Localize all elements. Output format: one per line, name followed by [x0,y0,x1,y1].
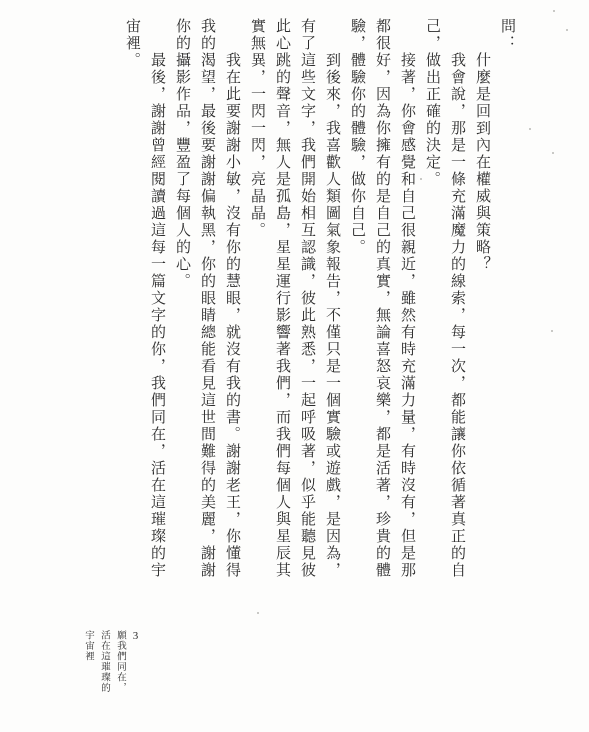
text-column: 到後來，我喜歡人類圖氣象報告，不僅只是一個實驗或遊戲，是因為， [319,18,344,603]
scan-speck [529,128,531,130]
text-column: 什麼是回到內在權威與策略？ [469,18,494,603]
text-column: 我在此要謝謝小敏，沒有你的慧眼，就沒有我的書。謝謝老王，你懂得 [219,18,244,603]
scan-speck [257,612,259,614]
text-column: 都很好，因為你擁有的是自己的真實，無論喜怒哀樂，都是活著，珍貴的體 [369,18,394,603]
text-column: 實無異，一閃一閃，亮晶晶。 [244,18,269,603]
body-text: 問： 什麼是回到內在權威與策略？ 我會說，那是一條充滿魔力的線索，每一次，都能讓… [119,18,519,603]
scan-speck [552,152,554,154]
book-page: 問： 什麼是回到內在權威與策略？ 我會說，那是一條充滿魔力的線索，每一次，都能讓… [0,0,589,732]
text-column: 我會說，那是一條充滿魔力的線索，每一次，都能讓你依循著真正的自 [444,18,469,603]
text-column: 有了這些文字，我們開始相互認識，彼此熟悉，一起呼吸著，似乎能聽見彼 [294,18,319,603]
text-column: 接著，你會感覺和自己很親近，雖然有時充滿力量，有時沒有，但是那 [394,18,419,603]
footer-slogan-column: 活在這璀璨的 [96,630,112,693]
scan-speck [566,29,568,31]
page-number: 3 [128,630,143,642]
text-column: 問： [494,18,519,603]
scan-speck [551,330,553,332]
text-column: 最後，謝謝曾經閱讀過這每一篇文字的你，我們同在，活在這璀璨的宇 [144,18,169,603]
footer-slogan-column: 宇宙裡 [80,630,96,662]
scan-speck [553,10,555,12]
text-column: 我的渴望，最後要謝謝偏執黑，你的眼睛總能看見這世間難得的美麗，謝謝 [194,18,219,603]
text-column: 你的攝影作品，豐盈了每個人的心。 [169,18,194,603]
scan-speck [420,178,422,180]
footer-slogan-column: 願我們同在， [112,630,128,693]
text-column: 驗，體驗你的體驗，做你自己。 [344,18,369,603]
page-footer: 3 願我們同在， 活在這璀璨的 宇宙裡 [80,630,143,693]
text-column: 宙裡。 [119,18,144,603]
text-column: 己，做出正確的決定。 [419,18,444,603]
text-column: 此心跳的聲音，無人是孤島，星星運行影響著我們，而我們每個人與星辰其 [269,18,294,603]
